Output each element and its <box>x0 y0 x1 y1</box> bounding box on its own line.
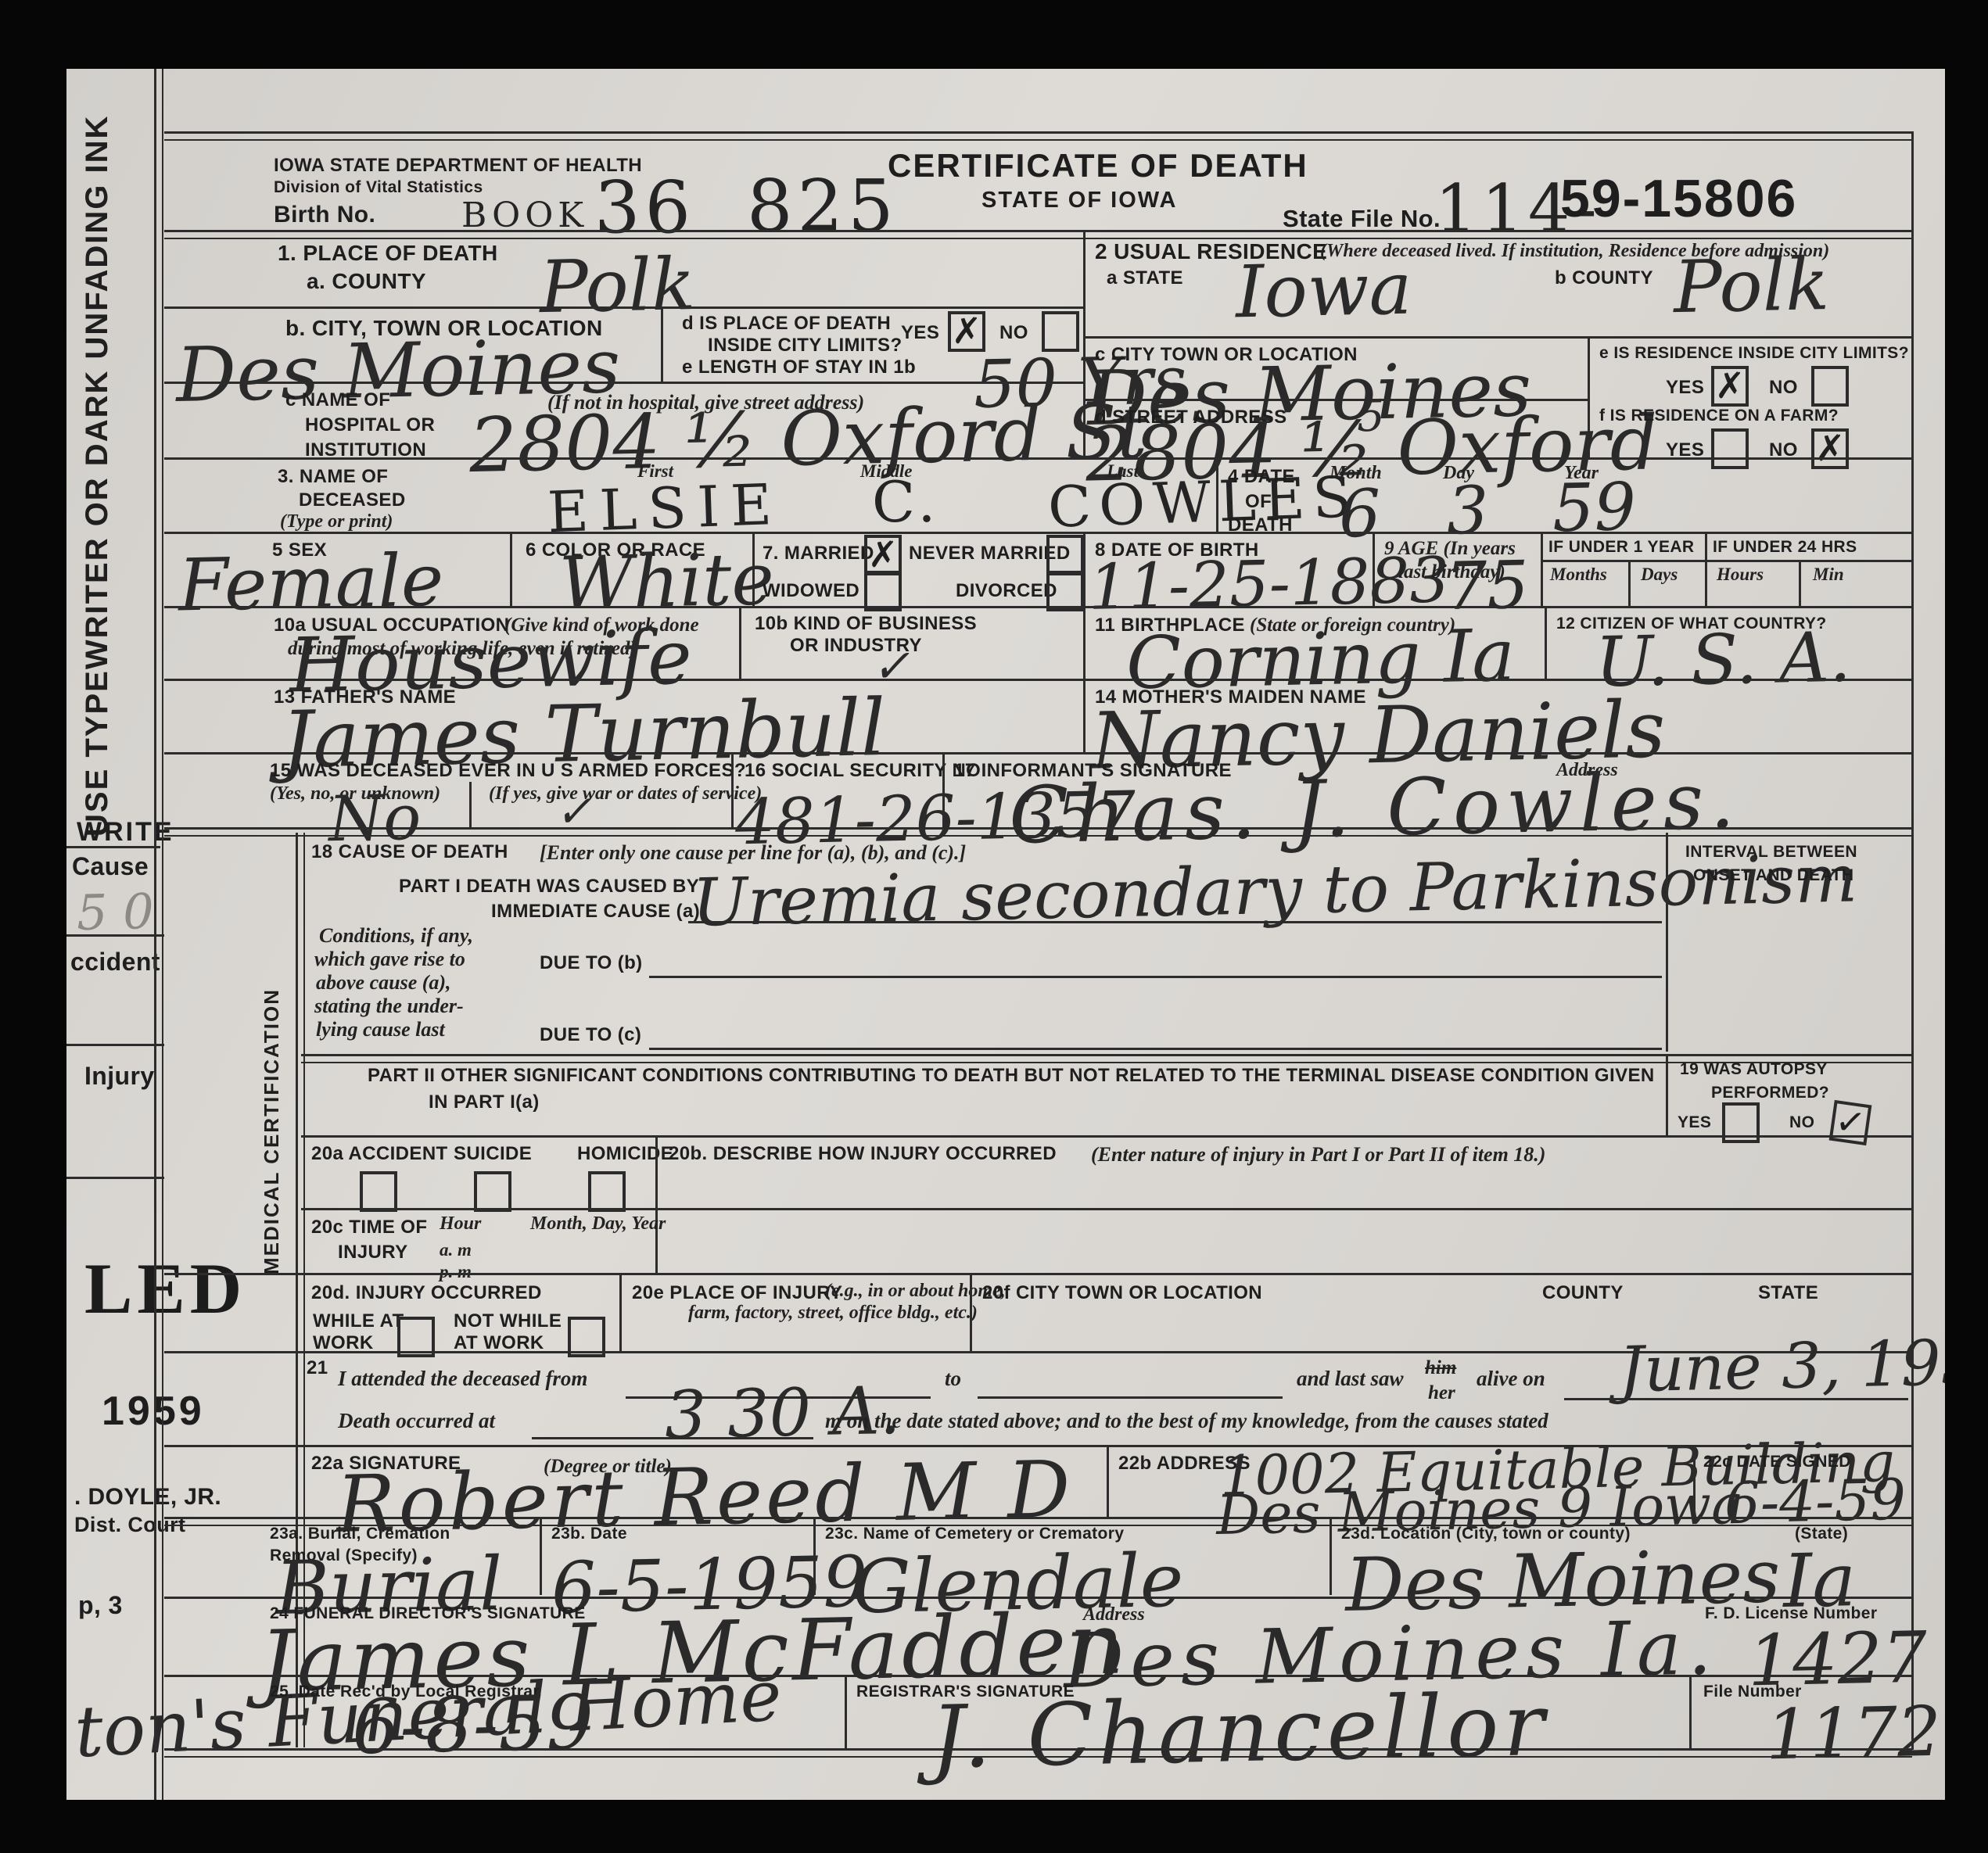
pod-hospital-label1: c NAME OF <box>285 389 390 411</box>
rule <box>813 1517 816 1595</box>
burial-label1: 23a. Burial, Cremation <box>270 1525 450 1543</box>
cause-of-death-label: 18 CAUSE OF DEATH <box>311 841 508 863</box>
while-at-label: WHILE AT <box>313 1310 404 1332</box>
conditions-note-line1: Conditions, if any, <box>319 924 473 948</box>
forces-note2: (If yes, give war or dates of service) <box>489 783 762 805</box>
pod-limits-yes-label: YES <box>901 322 939 344</box>
accident-checkbox <box>360 1171 397 1212</box>
rule <box>731 752 734 827</box>
pm-label: p. m <box>440 1262 472 1282</box>
part2-label2: IN PART I(a) <box>429 1091 540 1113</box>
rule <box>164 532 1912 534</box>
suicide-checkbox <box>474 1171 511 1212</box>
rule <box>1083 336 1911 339</box>
due-to-b-label: DUE TO (b) <box>540 952 643 974</box>
attended-text2: and last saw <box>1297 1367 1404 1391</box>
under1yr-label: IF UNDER 1 YEAR <box>1548 538 1694 557</box>
rule <box>1628 560 1631 606</box>
scanned-death-certificate: USE TYPEWRITER OR DARK UNFADING INK WRIT… <box>0 0 1988 1853</box>
file-number-value: 1172 <box>1765 1691 1942 1776</box>
rule <box>1107 1445 1109 1517</box>
injury-occurred-label: 20d. INJURY OCCURRED <box>311 1282 542 1304</box>
margin-vertical-instruction: USE TYPEWRITER OR DARK UNFADING INK <box>80 219 115 837</box>
pod-stay-label: e LENGTH OF STAY IN 1b <box>682 357 916 378</box>
res-limits-yes-label: YES <box>1666 377 1704 399</box>
res-limits-label: e IS RESIDENCE INSIDE CITY LIMITS? <box>1599 344 1909 363</box>
accident-label: 20a ACCIDENT <box>311 1143 448 1165</box>
marital-widowed-label: WIDOWED <box>763 580 859 602</box>
margin-divider <box>66 846 160 848</box>
margin-filed-stamp: LED <box>84 1247 246 1330</box>
attended-him-label: him <box>1425 1357 1456 1379</box>
autopsy-label2: PERFORMED? <box>1711 1084 1829 1102</box>
rule <box>164 827 1912 837</box>
margin-injury-label: Injury <box>84 1062 155 1091</box>
form-right-border <box>1911 131 1914 1750</box>
rule <box>1705 532 1707 606</box>
marital-divorced-label: DIVORCED <box>956 580 1057 602</box>
dod-year-value: 59 <box>1552 468 1637 547</box>
pod-limits-label2: INSIDE CITY LIMITS? <box>708 335 902 357</box>
form-top-border <box>164 131 1912 141</box>
month-day-year-label: Month, Day, Year <box>530 1213 666 1235</box>
suicide-label: SUICIDE <box>454 1143 532 1165</box>
res-limits-no-label: NO <box>1769 377 1798 399</box>
medical-certification-side-label: MEDICAL CERTIFICATION <box>260 852 284 1274</box>
rule <box>942 752 945 827</box>
rule <box>845 1675 847 1749</box>
rule <box>1799 560 1801 606</box>
last-seen-date: June 3, 1959 <box>1618 1325 1988 1407</box>
rule <box>655 1135 658 1273</box>
pod-title: 1. PLACE OF DEATH <box>278 241 498 266</box>
rule <box>164 1675 1912 1677</box>
certificate-title: CERTIFICATE OF DEATH <box>888 147 1308 185</box>
rule <box>164 457 1912 460</box>
ssn-label: 16 SOCIAL SECURITY NO <box>745 760 981 782</box>
marital-married-label: 7. MARRIED <box>763 543 874 565</box>
form-left-border <box>154 69 163 1800</box>
rule <box>164 1273 1912 1275</box>
rule <box>540 1517 542 1595</box>
state-file-label: State File No. <box>1283 205 1441 233</box>
rule <box>1666 833 1668 1052</box>
dod-month-value: 6 <box>1338 475 1381 552</box>
place-of-injury-note1: (e.g., in or about home, <box>825 1281 1006 1302</box>
rule <box>164 752 1912 754</box>
rule <box>1083 606 1086 679</box>
injury-state-label: STATE <box>1758 1282 1818 1304</box>
pod-county-label: a. COUNTY <box>307 269 426 294</box>
describe-injury-label: 20b. DESCRIBE HOW INJURY OCCURRED <box>669 1143 1057 1165</box>
rule <box>739 606 741 679</box>
rule <box>1693 1445 1696 1517</box>
marital-never-checkbox <box>1046 535 1084 575</box>
conditions-note-line5: lying cause last <box>316 1018 445 1041</box>
attended-number: 21 <box>307 1357 328 1379</box>
margin-divider <box>66 1044 164 1046</box>
res-limits-yes-checkbox: ✗ <box>1711 366 1749 407</box>
pod-hospital-value: 2804 ½ Oxford St <box>468 388 1148 489</box>
attended-text1: I attended the deceased from <box>338 1367 587 1391</box>
attended-her-label: her <box>1428 1382 1455 1404</box>
rule <box>164 679 1912 681</box>
margin-cause-label: Cause <box>72 852 149 881</box>
attended-text3: alive on <box>1477 1367 1545 1391</box>
rule <box>510 532 512 606</box>
rule <box>1083 679 1086 752</box>
dod-label2: OF <box>1245 491 1272 513</box>
registrar-signature-value: J. Chancellor <box>930 1675 1550 1788</box>
res-state-value: Iowa <box>1235 247 1413 335</box>
dod-label1: 4 DATE <box>1228 466 1295 488</box>
rule <box>752 532 755 606</box>
name-label2: DECEASED <box>299 489 406 511</box>
name-label3: (Type or print) <box>280 511 393 532</box>
state-file-number: 59-15806 <box>1560 168 1797 229</box>
under24-label: IF UNDER 24 HRS <box>1713 538 1857 557</box>
under1yr-days-label: Days <box>1641 565 1678 585</box>
attended-to-blank <box>978 1396 1283 1399</box>
rule <box>1541 532 1543 606</box>
under1yr-months-label: Months <box>1550 565 1607 585</box>
burial-date-label: 23b. Date <box>551 1525 627 1543</box>
dept-line1: IOWA STATE DEPARTMENT OF HEALTH <box>274 155 642 177</box>
name-middle-value: C. <box>872 469 940 535</box>
pod-hospital-label2: HOSPITAL OR <box>305 414 435 436</box>
res-farm-yes-checkbox <box>1711 428 1749 469</box>
rule <box>1564 1398 1908 1400</box>
rule <box>1545 606 1547 679</box>
place-of-injury-note2: farm, factory, street, office bldg., etc… <box>688 1303 978 1324</box>
rule <box>1083 399 1588 401</box>
death-occurred-text1: Death occurred at <box>338 1409 495 1433</box>
rule <box>1216 457 1218 532</box>
margin-divider <box>66 934 164 937</box>
am-label: a. m <box>440 1240 472 1260</box>
rule <box>164 1748 1912 1758</box>
scan-border-top <box>0 0 1988 69</box>
rule <box>164 306 1083 309</box>
time-of-injury-label2: INJURY <box>338 1242 408 1263</box>
under24-min-label: Min <box>1813 565 1844 585</box>
margin-doyle-label: . DOYLE, JR. <box>74 1484 221 1511</box>
autopsy-no-checkbox: ✓ <box>1829 1100 1872 1145</box>
due-to-b-blank <box>649 976 1662 978</box>
name-last-value: COWLES <box>1047 464 1361 540</box>
marital-married-checkbox: ✗ <box>864 535 902 575</box>
interval-label2: ONSET AND DEATH <box>1693 866 1854 885</box>
conditions-note-line2: which gave rise to <box>314 948 465 971</box>
name-label1: 3. NAME OF <box>278 466 388 488</box>
autopsy-yes-label: YES <box>1678 1113 1711 1132</box>
scan-border-right <box>1945 0 1988 1853</box>
interval-label1: INTERVAL BETWEEN <box>1685 843 1857 862</box>
rule <box>469 782 472 827</box>
header-bottom-rule <box>164 230 1912 239</box>
res-county-value: Polk <box>1673 242 1830 329</box>
business-label1: 10b KIND OF BUSINESS <box>755 613 977 635</box>
death-occurred-text2: m on the date stated above; and to the b… <box>825 1409 1548 1433</box>
dept-line2: Division of Vital Statistics <box>274 178 483 197</box>
rule <box>164 606 1912 608</box>
birth-no-label: Birth No. <box>274 202 375 228</box>
res-state-label: a STATE <box>1107 267 1183 289</box>
margin-filed-year: 1959 <box>102 1388 205 1435</box>
homicide-label: HOMICIDE <box>577 1143 673 1165</box>
time-of-injury-label1: 20c TIME OF <box>311 1217 427 1238</box>
pod-limits-no-label: NO <box>999 322 1028 344</box>
res-limits-no-checkbox <box>1811 366 1849 407</box>
race-value: White <box>558 537 775 625</box>
rule <box>661 306 663 382</box>
rule <box>1666 1054 1668 1135</box>
part2-label1: PART II OTHER SIGNIFICANT CONDITIONS CON… <box>368 1065 1655 1087</box>
rule <box>301 1208 1912 1210</box>
scan-border-left <box>0 0 66 1853</box>
certificate-subtitle: STATE OF IOWA <box>981 188 1177 213</box>
rule <box>619 1273 622 1351</box>
attended-to-label: to <box>945 1367 961 1391</box>
rule <box>1541 560 1911 562</box>
rule <box>301 1054 1912 1063</box>
injury-city-label: 20f CITY TOWN OR LOCATION <box>982 1282 1262 1304</box>
due-to-c-label: DUE TO (c) <box>540 1024 641 1046</box>
res-farm-no-checkbox: ✗ <box>1811 428 1849 469</box>
rule <box>164 382 1083 384</box>
forces-label: 15 WAS DECEASED EVER IN U S ARMED FORCES… <box>270 760 746 782</box>
age-value: 75 <box>1444 547 1530 625</box>
rule <box>301 1135 1912 1138</box>
rule <box>1689 1675 1692 1749</box>
under24-hours-label: Hours <box>1717 565 1764 585</box>
conditions-note-line3: above cause (a), <box>316 971 451 995</box>
margin-handwritten-50: 5 0 <box>76 883 154 941</box>
not-while-label: NOT WHILE <box>454 1310 562 1332</box>
rule <box>1373 532 1375 606</box>
hour-label: Hour <box>440 1213 481 1235</box>
place-of-injury-label: 20e PLACE OF INJURY <box>632 1282 842 1304</box>
rule <box>1330 1517 1332 1595</box>
autopsy-no-label: NO <box>1789 1113 1814 1132</box>
pod-limits-label1: d IS PLACE OF DEATH <box>682 313 891 335</box>
margin-p3-label: p, 3 <box>78 1591 123 1620</box>
rule <box>970 1273 972 1351</box>
name-first-value: ELSIE <box>547 471 784 545</box>
rule <box>1083 532 1086 606</box>
immediate-cause-label: IMMEDIATE CAUSE (a) <box>491 901 700 923</box>
injury-county-label: COUNTY <box>1542 1282 1624 1304</box>
res-county-label: b COUNTY <box>1555 267 1653 289</box>
homicide-checkbox <box>588 1171 626 1212</box>
margin-divider <box>66 1177 164 1179</box>
describe-injury-note: (Enter nature of injury in Part I or Par… <box>1091 1143 1545 1167</box>
part1-label: PART I DEATH WAS CAUSED BY <box>399 876 699 898</box>
res-farm-label: f IS RESIDENCE ON A FARM? <box>1599 407 1839 425</box>
scan-border-bottom <box>0 1800 1988 1853</box>
conditions-note-line4: stating the under- <box>314 995 464 1018</box>
autopsy-label1: 19 WAS AUTOPSY <box>1680 1060 1828 1079</box>
due-to-c-blank <box>649 1048 1662 1050</box>
margin-accident-label: ccident <box>70 948 160 977</box>
